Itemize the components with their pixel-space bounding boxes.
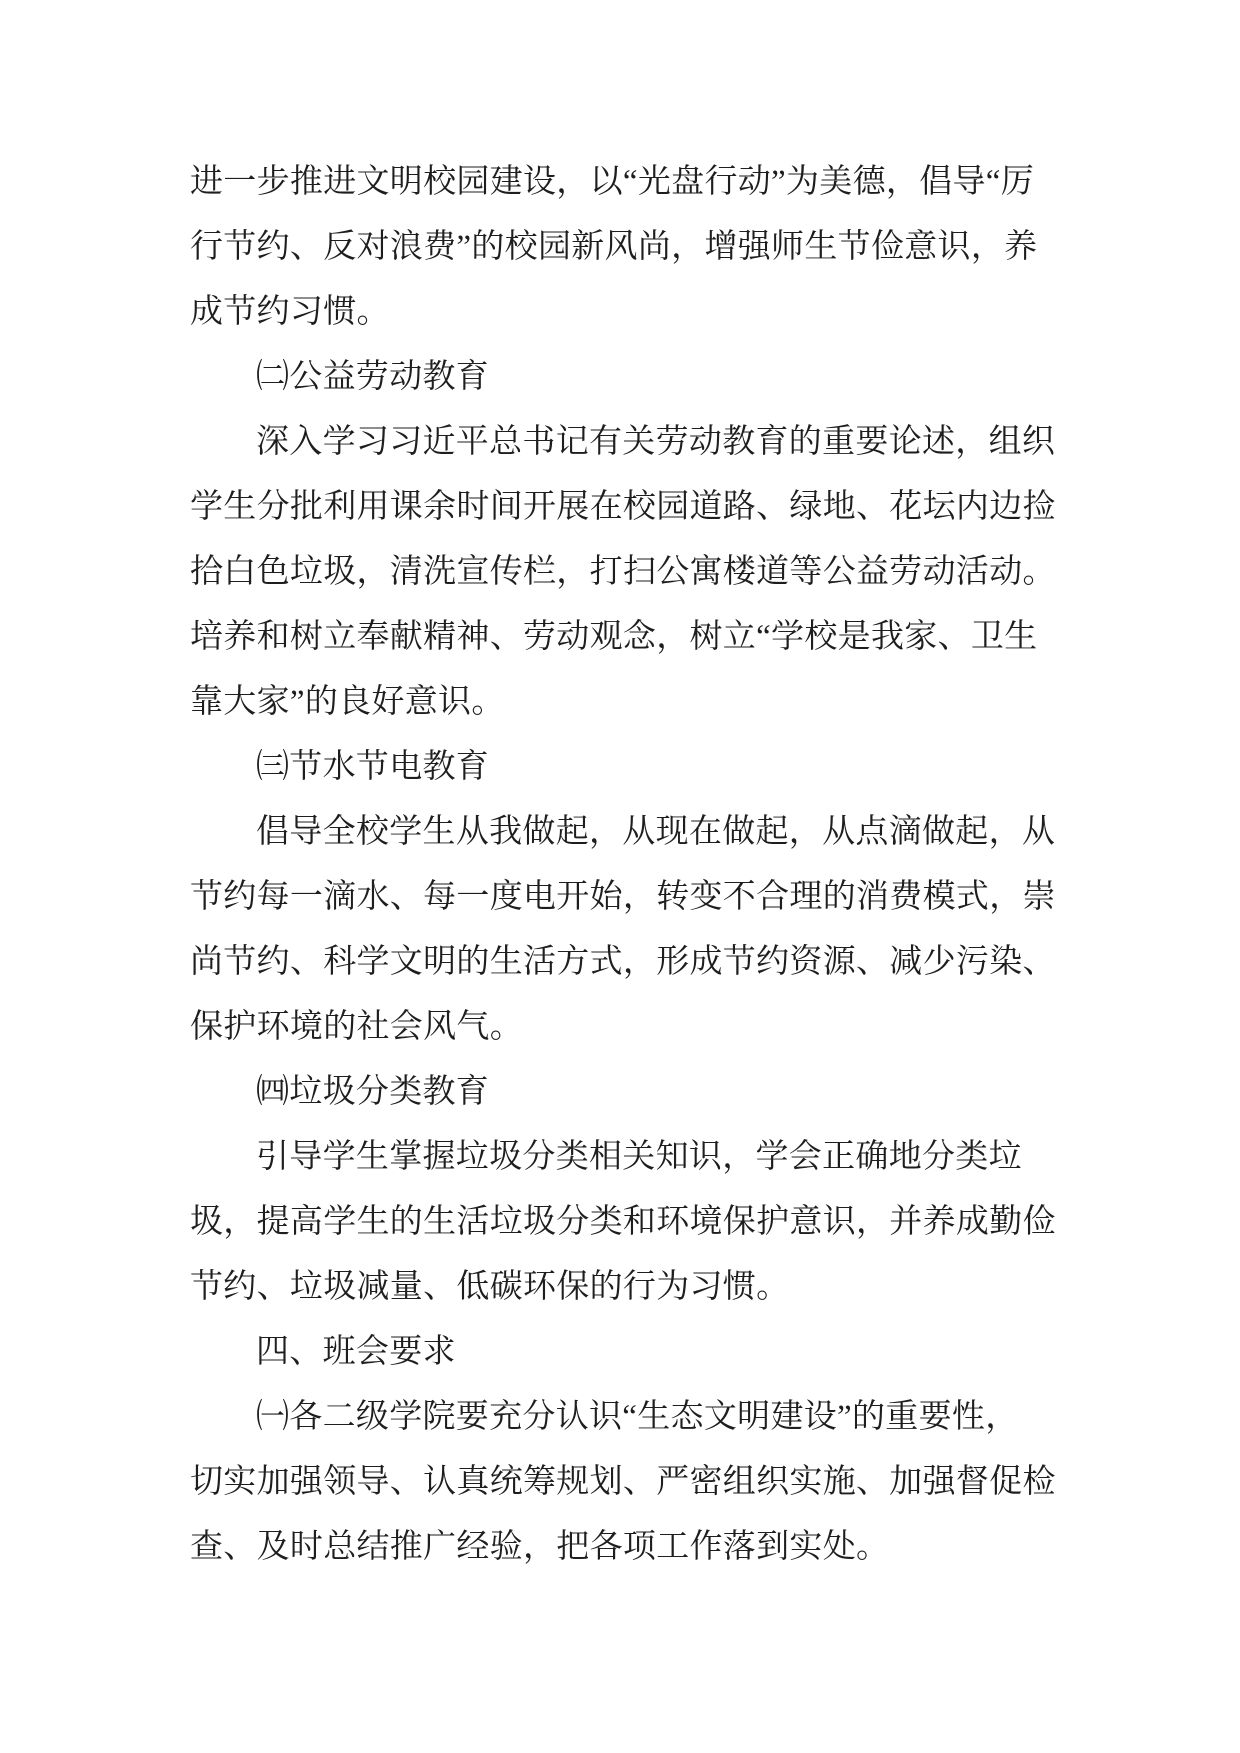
text-line: 学生分批利用课余时间开展在校园道路、绿地、花坛内边捡 — [190, 475, 1060, 540]
text-line: ㈣垃圾分类教育 — [190, 1060, 1060, 1125]
text-line: 进一步推进文明校园建设，以“光盘行动”为美德，倡导“厉 — [190, 150, 1060, 215]
text-line: 尚节约、科学文明的生活方式，形成节约资源、减少污染、 — [190, 930, 1060, 995]
text-line: 拾白色垃圾，清洗宣传栏，打扫公寓楼道等公益劳动活动。 — [190, 540, 1060, 605]
text-line: 节约、垃圾减量、低碳环保的行为习惯。 — [190, 1255, 1060, 1320]
text-line: 切实加强领导、认真统筹规划、严密组织实施、加强督促检 — [190, 1450, 1060, 1515]
text-line: 深入学习习近平总书记有关劳动教育的重要论述，组织 — [190, 410, 1060, 475]
text-line: 查、及时总结推广经验，把各项工作落到实处。 — [190, 1515, 1060, 1580]
text-line: 靠大家”的良好意识。 — [190, 670, 1060, 735]
text-line: 引导学生掌握垃圾分类相关知识，学会正确地分类垃 — [190, 1125, 1060, 1190]
text-line: 行节约、反对浪费”的校园新风尚，增强师生节俭意识，养 — [190, 215, 1060, 280]
text-line: 节约每一滴水、每一度电开始，转变不合理的消费模式，崇 — [190, 865, 1060, 930]
text-line: ㈡公益劳动教育 — [190, 345, 1060, 410]
text-line: 保护环境的社会风气。 — [190, 995, 1060, 1060]
text-line: ㈠各二级学院要充分认识“生态文明建设”的重要性， — [190, 1385, 1060, 1450]
document-body: 进一步推进文明校园建设，以“光盘行动”为美德，倡导“厉行节约、反对浪费”的校园新… — [190, 150, 1060, 1580]
text-line: ㈢节水节电教育 — [190, 735, 1060, 800]
text-line: 四、班会要求 — [190, 1320, 1060, 1385]
document-page: 进一步推进文明校园建设，以“光盘行动”为美德，倡导“厉行节约、反对浪费”的校园新… — [0, 0, 1240, 1753]
text-line: 圾，提高学生的生活垃圾分类和环境保护意识，并养成勤俭 — [190, 1190, 1060, 1255]
text-line: 成节约习惯。 — [190, 280, 1060, 345]
text-line: 倡导全校学生从我做起，从现在做起，从点滴做起，从 — [190, 800, 1060, 865]
text-line: 培养和树立奉献精神、劳动观念，树立“学校是我家、卫生 — [190, 605, 1060, 670]
